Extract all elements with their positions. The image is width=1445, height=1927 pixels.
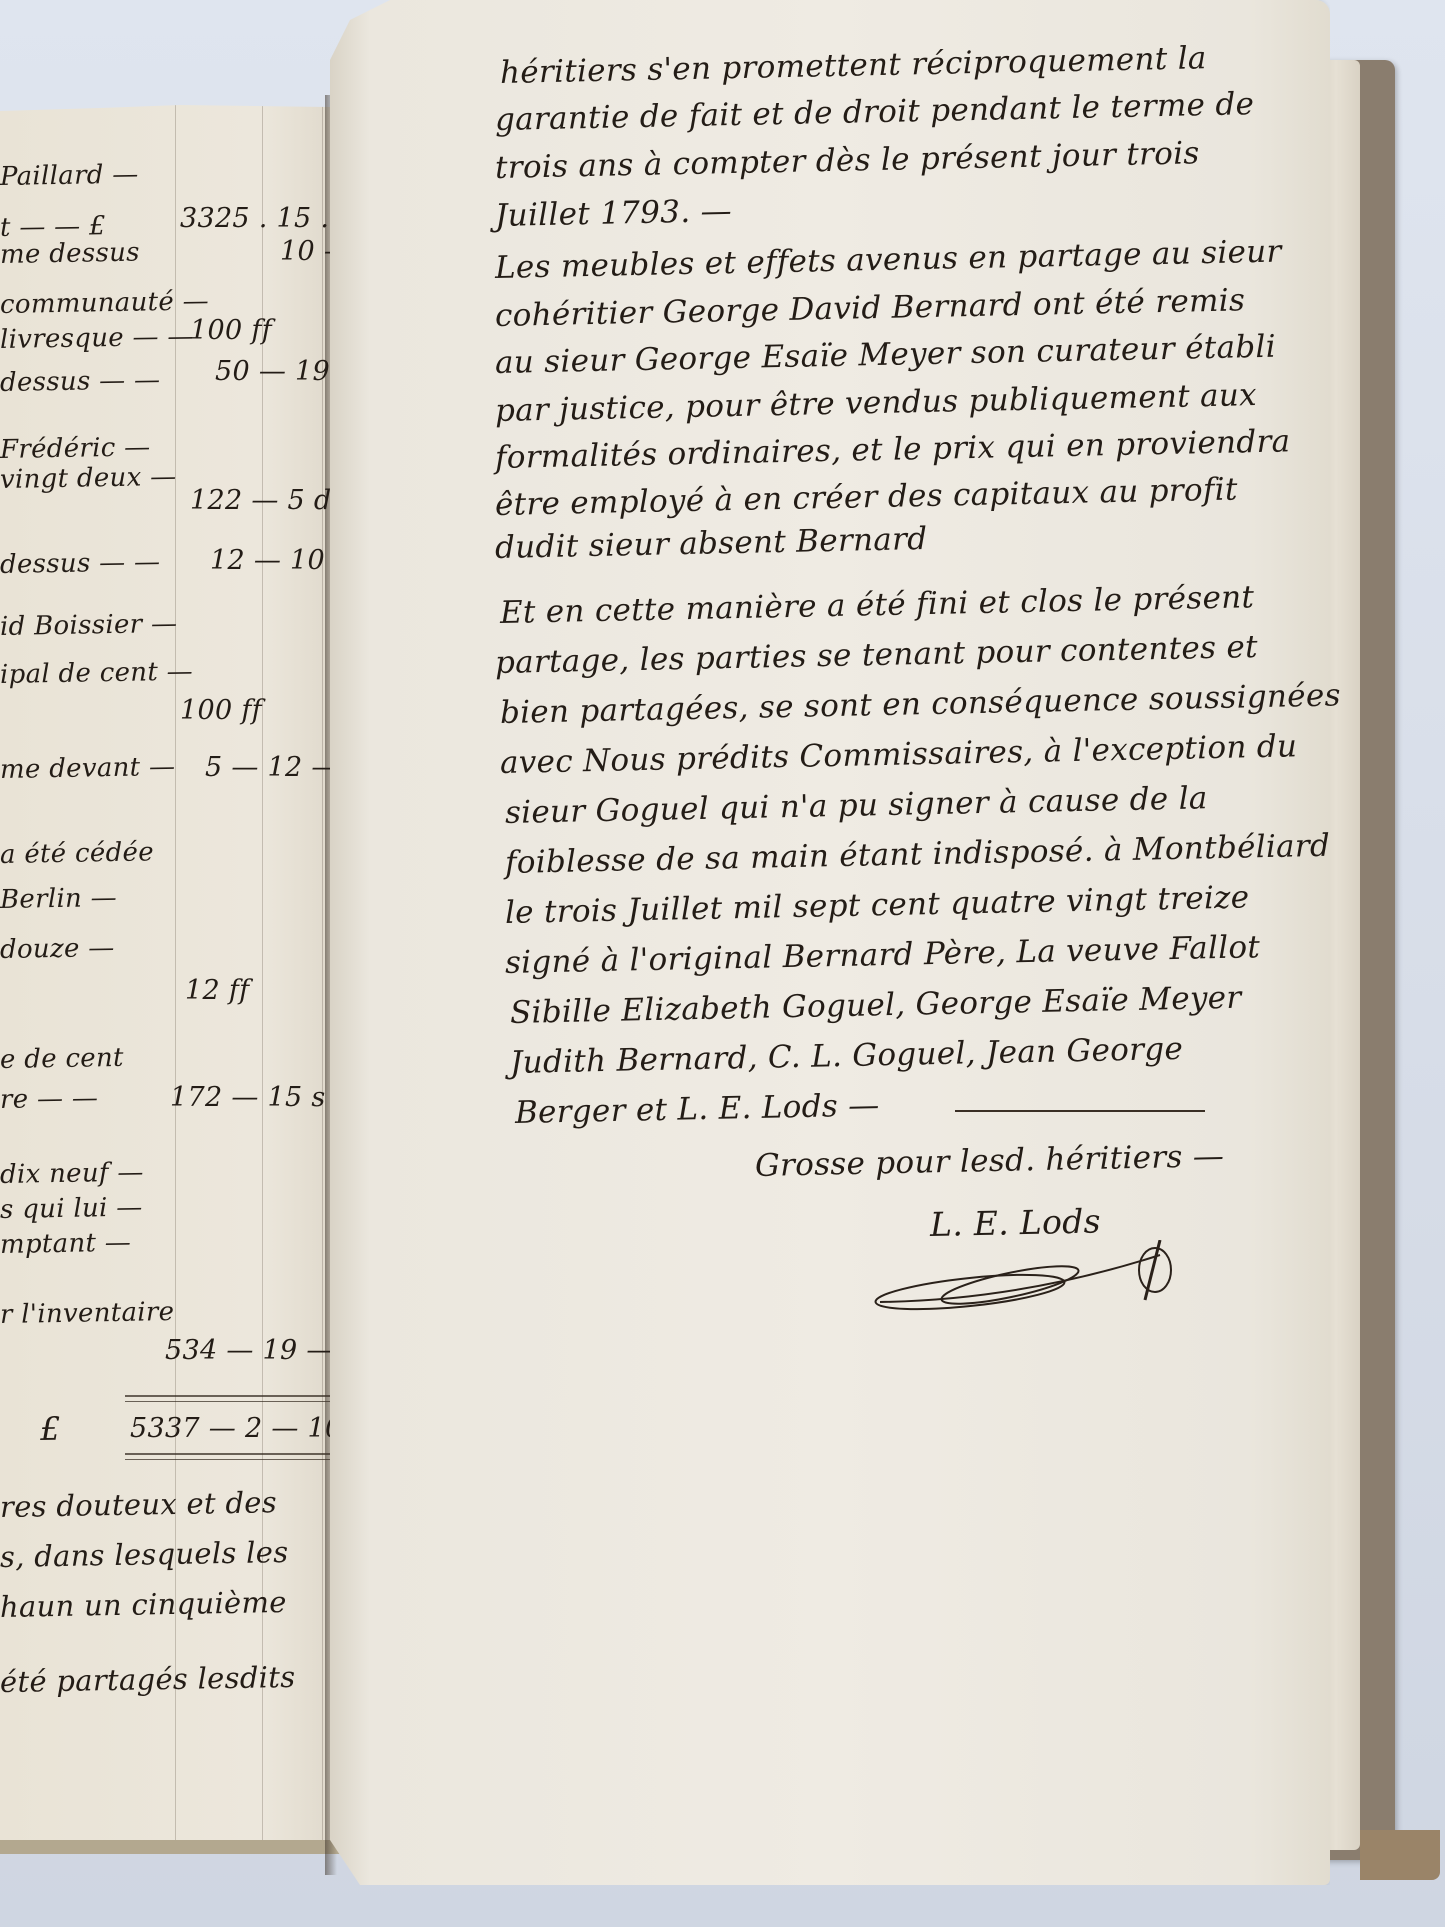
- entry-text: re — —: [0, 1083, 98, 1115]
- entry-text: r l'inventaire: [0, 1297, 175, 1330]
- entry-amount: 12 — 10 s: [210, 545, 348, 576]
- entry-text: s, dans lesquels les: [0, 1535, 289, 1574]
- entry-text: res douteux et des: [0, 1485, 277, 1524]
- entry-text: a été cédée: [0, 837, 154, 870]
- line-filler-dash: [955, 1110, 1205, 1112]
- entry-text: Berlin —: [0, 883, 117, 915]
- entry-text: Paillard —: [0, 160, 139, 192]
- entry-text: Frédéric —: [0, 432, 151, 465]
- text-line: Juillet 1793. —: [495, 193, 733, 234]
- entry-amount: 100 ff: [190, 315, 272, 346]
- entry-text: e de cent: [0, 1043, 124, 1075]
- entry-amount: 122 — 5 d: [190, 485, 331, 516]
- entry-text: dessus — —: [0, 365, 161, 398]
- book-cover-corner: [1360, 1830, 1440, 1880]
- entry-text: livresque — —: [0, 322, 194, 355]
- entry-amount: 12 ff: [185, 975, 249, 1006]
- entry-text: me devant —: [0, 752, 176, 785]
- entry-text: douze —: [0, 933, 115, 965]
- entry-text: dix neuf —: [0, 1157, 144, 1190]
- entry-text: été partagés lesdits: [0, 1660, 296, 1699]
- entry-text: dessus — —: [0, 547, 161, 580]
- entry-text: haun un cinquième: [0, 1585, 287, 1624]
- signature: L. E. Lods: [930, 1201, 1102, 1244]
- entry-text: s qui lui —: [0, 1193, 143, 1225]
- total-symbol: £: [40, 1410, 61, 1448]
- total-rule: [125, 1401, 340, 1402]
- entry-text: vingt deux —: [0, 462, 177, 495]
- total-rule: [125, 1395, 340, 1397]
- entry-amount: 100 ff: [180, 695, 262, 726]
- total-rule: [125, 1459, 340, 1460]
- text-line: Berger et L. E. Lods —: [515, 1087, 880, 1131]
- entry-text: id Boissier —: [0, 609, 178, 642]
- entry-text: communauté —: [0, 286, 209, 320]
- total-rule: [125, 1453, 340, 1455]
- entry-text: me dessus: [0, 238, 140, 270]
- entry-amount: 172 — 15 s: [170, 1082, 326, 1113]
- entry-text: ipal de cent —: [0, 657, 193, 690]
- column-rule: [175, 105, 176, 1840]
- entry-text: mptant —: [0, 1228, 131, 1260]
- signature-flourish-icon: [860, 1240, 1180, 1320]
